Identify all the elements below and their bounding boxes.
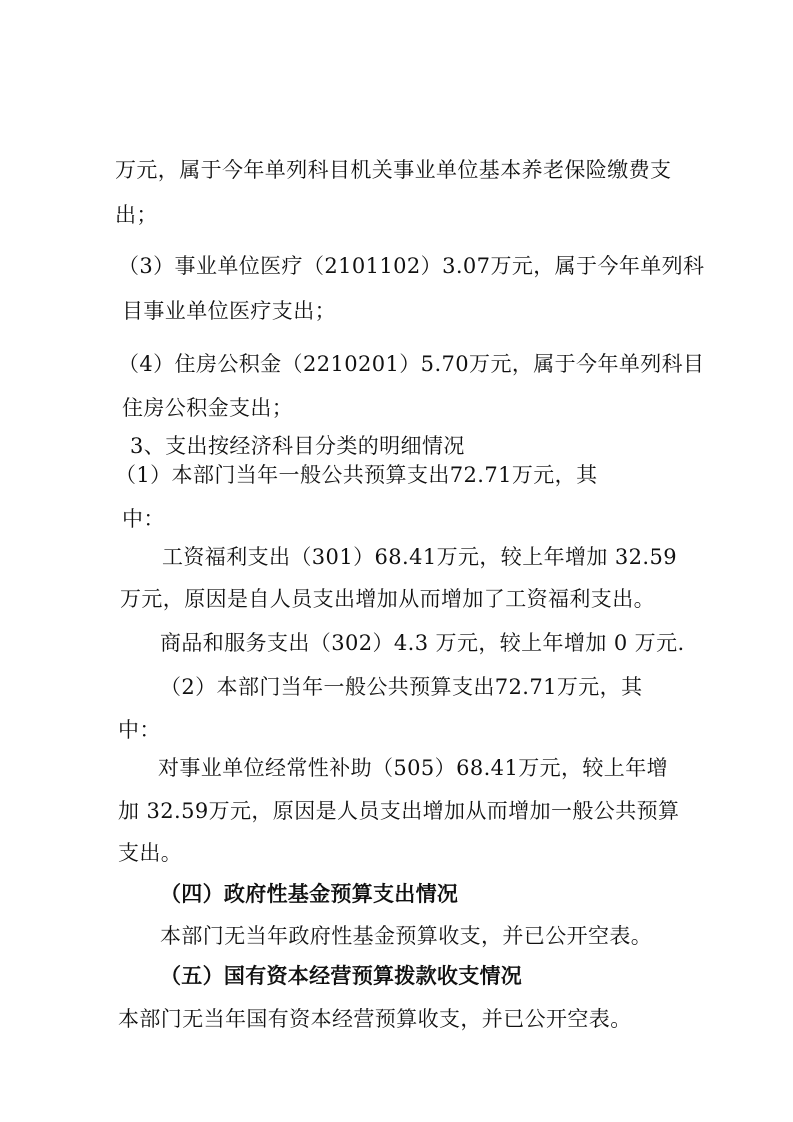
section-heading: （四）政府性基金预算支出情况 xyxy=(160,880,458,908)
paragraph-line: 加 32.59万元，原因是人员支出增加从而增加一般公共预算 xyxy=(118,797,679,825)
paragraph-line: 目事业单位医疗支出； xyxy=(122,297,336,325)
paragraph-line: 万元，属于今年单列科目机关事业单位基本养老保险缴费支 xyxy=(115,156,671,184)
paragraph-line: 对事业单位经常性补助（505）68.41万元，较上年增 xyxy=(158,754,668,782)
paragraph-line: 中： xyxy=(118,716,161,744)
paragraph-line: 中： xyxy=(122,505,165,533)
paragraph-line: 出； xyxy=(115,201,158,229)
paragraph-line: （1）本部门当年一般公共预算支出72.71万元，其 xyxy=(115,461,597,489)
paragraph-line: 支出。 xyxy=(118,839,182,867)
paragraph-line: （3）事业单位医疗（2101102）3.07万元，属于今年单列科 xyxy=(118,252,704,280)
paragraph-line: 商品和服务支出（302）4.3 万元，较上年增加 0 万元. xyxy=(160,629,685,657)
paragraph-line: 住房公积金支出； xyxy=(122,394,293,422)
paragraph-line: 万元，原因是自人员支出增加从而增加了工资福利支出。 xyxy=(120,585,655,613)
paragraph-line: （2）本部门当年一般公共预算支出72.71万元，其 xyxy=(160,673,642,701)
section-heading: （五）国有资本经营预算拨款收支情况 xyxy=(160,962,522,990)
paragraph-line: 本部门无当年国有资本经营预算收支，并已公开空表。 xyxy=(118,1005,632,1033)
paragraph-line: 工资福利支出（301）68.41万元，较上年增加 32.59 xyxy=(162,543,677,571)
section-subheading: 3、支出按经济科目分类的明细情况 xyxy=(130,432,465,460)
paragraph-line: （4）住房公积金（2210201）5.70万元，属于今年单列科目 xyxy=(118,350,704,378)
paragraph-line: 本部门无当年政府性基金预算收支，并已公开空表。 xyxy=(160,922,652,950)
